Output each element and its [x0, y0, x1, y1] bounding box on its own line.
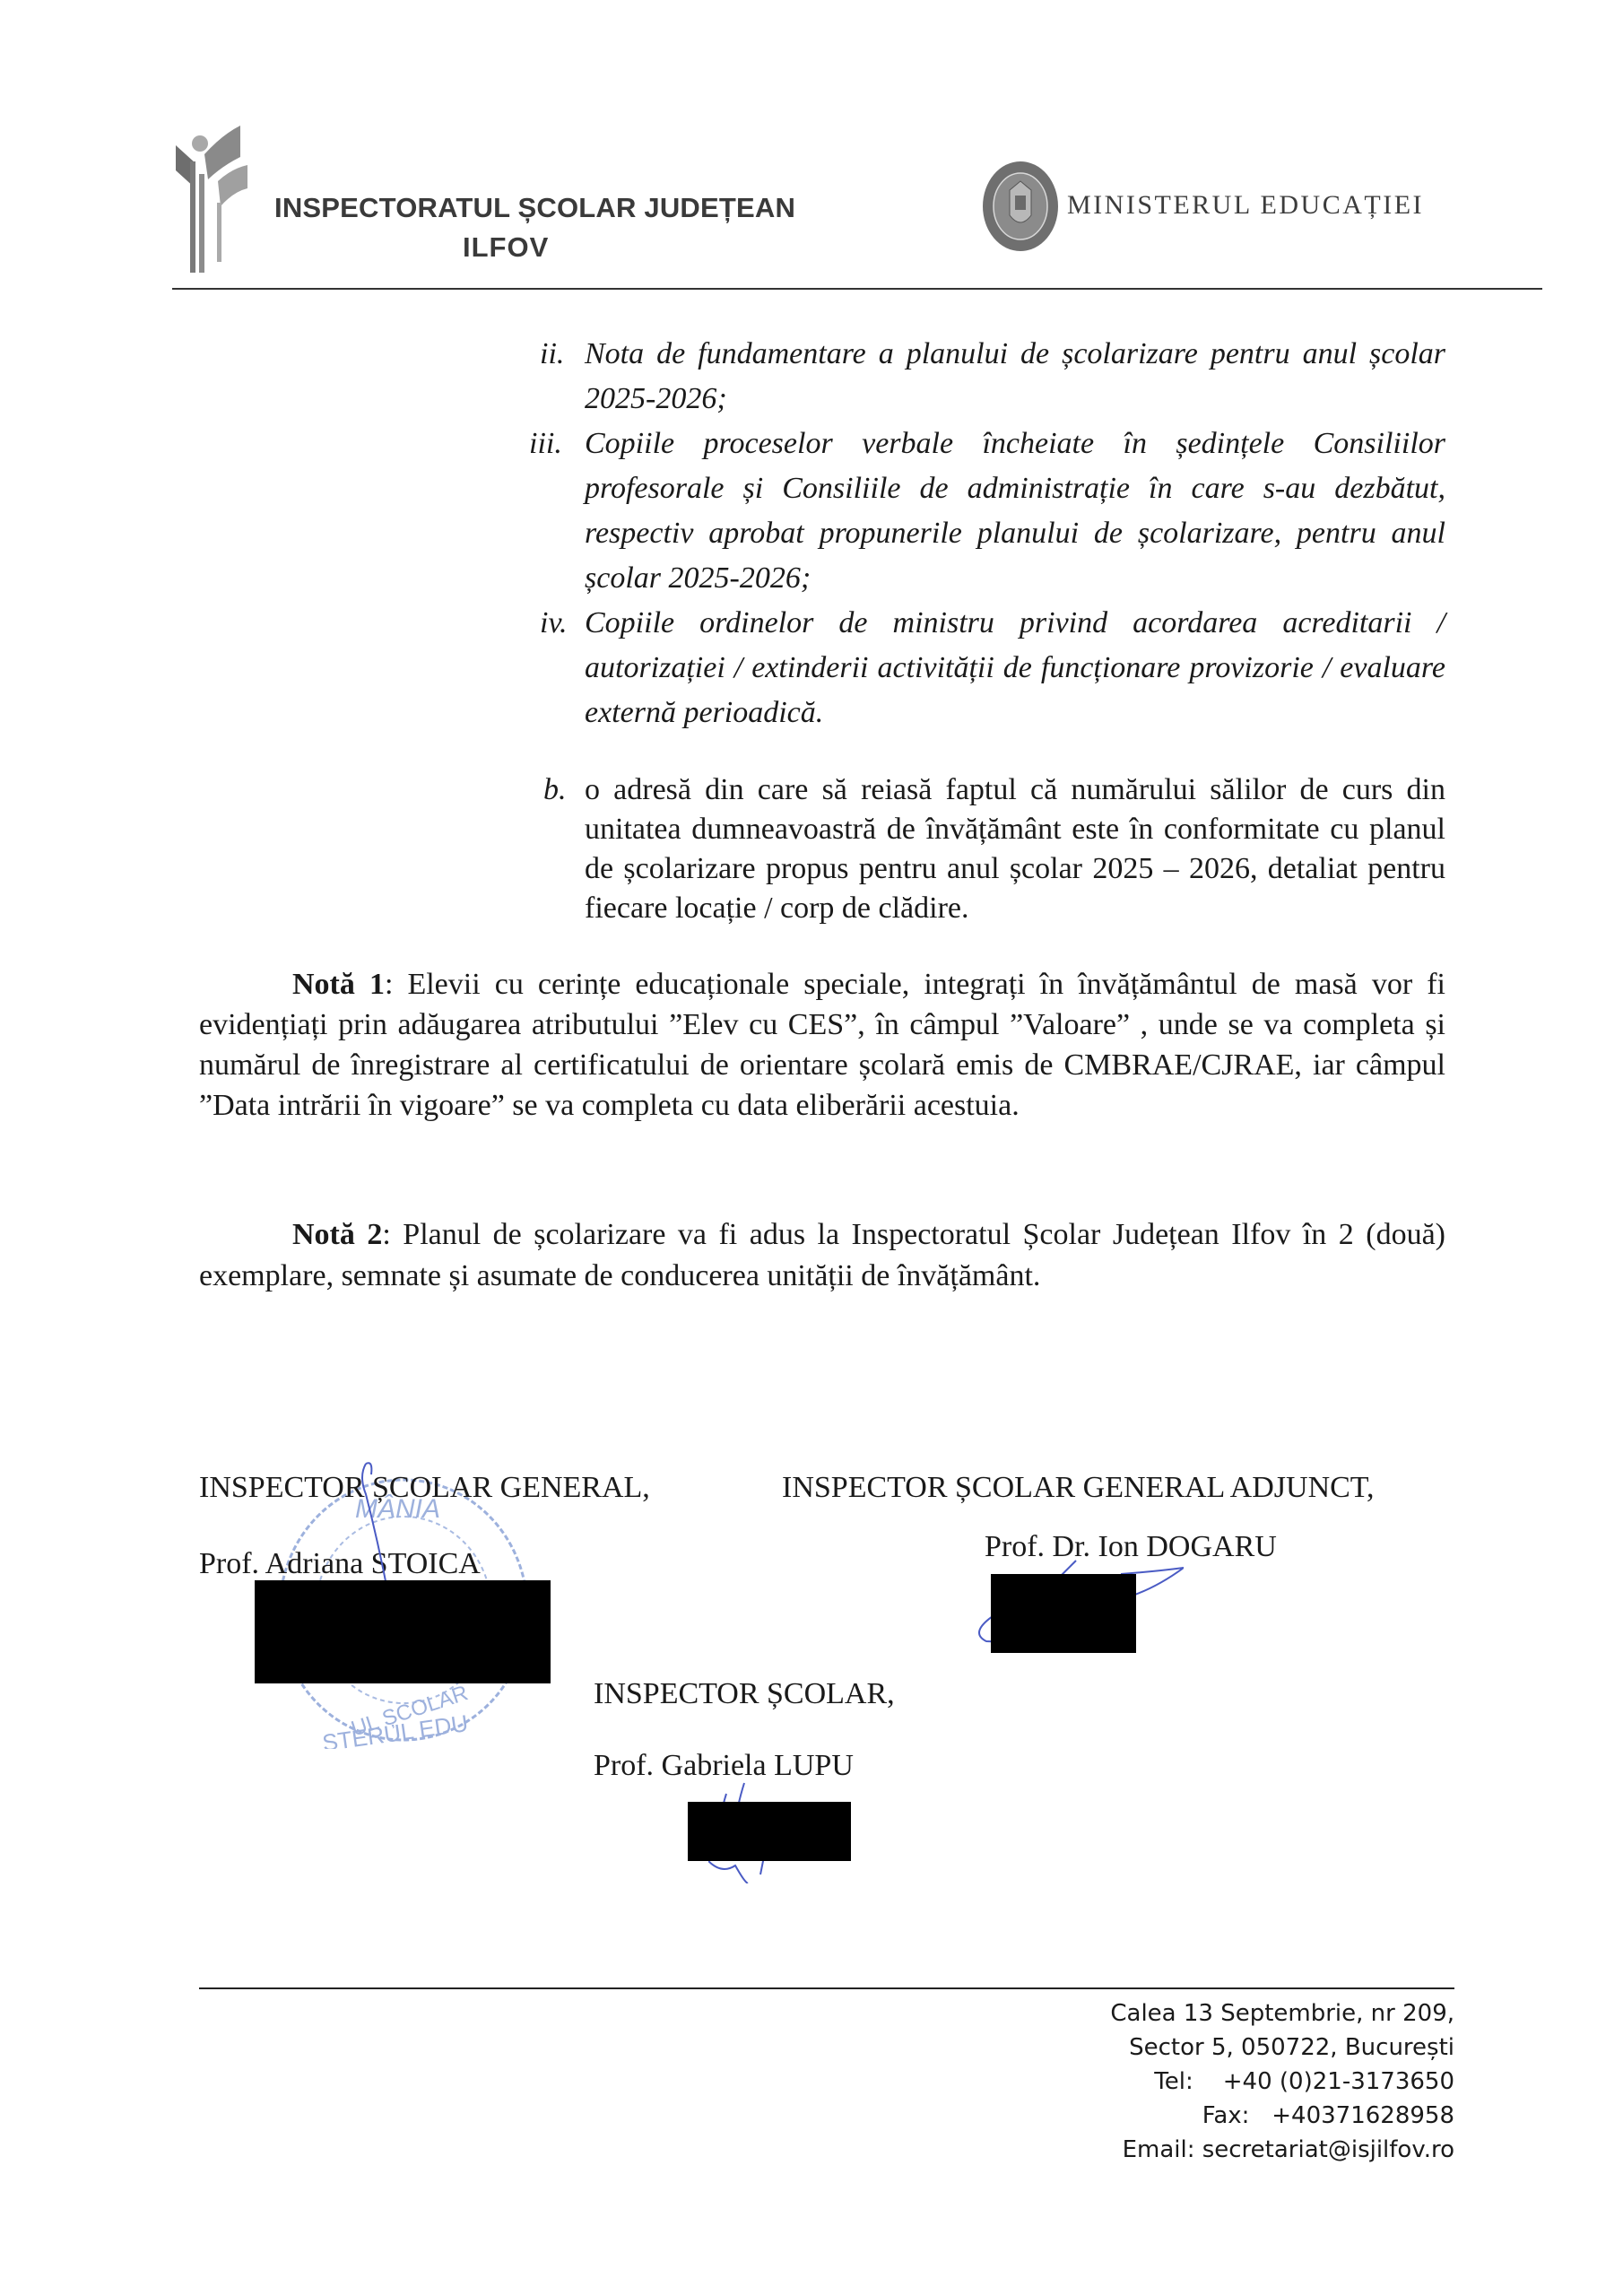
note-2: Notă 2: Planul de școlarizare va fi adus… [199, 1214, 1445, 1297]
isj-sprout-logo-icon [169, 117, 267, 278]
list-item-ii: ii. Nota de fundamentare a planului de ș… [585, 332, 1445, 422]
footer-fax: Fax: +40371628958 [1110, 2099, 1454, 2133]
footer-address-line1: Calea 13 Septembrie, nr 209, [1110, 1996, 1454, 2031]
note-1: Notă 1: Elevii cu cerințe educaționale s… [199, 964, 1445, 1126]
institution-name: INSPECTORATUL ȘCOLAR JUDEȚEAN [274, 192, 795, 224]
header-divider [172, 288, 1542, 290]
government-seal [981, 160, 1060, 253]
signatory-general-title: INSPECTOR ȘCOLAR GENERAL, [199, 1471, 650, 1505]
list-item-text: Nota de fundamentare a planului de școla… [585, 332, 1445, 422]
redacted-signature [688, 1802, 851, 1861]
list-item-iii: iii. Copiile proceselor verbale încheiat… [585, 422, 1445, 601]
list-item-b: o adresă din care să reiasă faptul că nu… [585, 770, 1445, 928]
list-item-text: o adresă din care să reiasă faptul că nu… [585, 770, 1445, 928]
note-text: : Planul de școlarizare va fi adus la In… [199, 1218, 1445, 1292]
romania-coat-of-arms-seal-icon [981, 160, 1060, 253]
footer-email[interactable]: Email: secretariat@isjilfov.ro [1110, 2133, 1454, 2167]
signatory-adjunct-title: INSPECTOR ȘCOLAR GENERAL ADJUNCT, [782, 1471, 1375, 1505]
institution-county: ILFOV [463, 231, 549, 264]
isj-logo [169, 117, 267, 278]
list-marker: iv. [540, 601, 585, 646]
signatory-inspector-title: INSPECTOR ȘCOLAR, [594, 1677, 895, 1711]
list-item-text: Copiile ordinelor de ministru privind ac… [585, 601, 1445, 735]
footer-address-line2: Sector 5, 050722, București [1110, 2031, 1454, 2065]
ministry-name: MINISTERUL EDUCAȚIEI [1067, 190, 1424, 221]
redacted-signature [255, 1580, 551, 1683]
redacted-signature [991, 1574, 1136, 1653]
list-marker: ii. [540, 332, 585, 377]
list-item-iv: iv. Copiile ordinelor de ministru privin… [585, 601, 1445, 735]
list-marker: iii. [529, 422, 574, 466]
note-label: Notă 1 [292, 968, 385, 1001]
footer-contact: Calea 13 Septembrie, nr 209, Sector 5, 0… [1110, 1996, 1454, 2167]
footer-tel: Tel: +40 (0)21-3173650 [1110, 2065, 1454, 2099]
footer-divider [199, 1987, 1454, 1989]
list-marker-b: b. [543, 770, 567, 810]
note-text: : Elevii cu cerințe educaționale special… [199, 968, 1445, 1122]
list-item-text: Copiile proceselor verbale încheiate în … [585, 422, 1445, 601]
note-label: Notă 2 [292, 1218, 382, 1251]
